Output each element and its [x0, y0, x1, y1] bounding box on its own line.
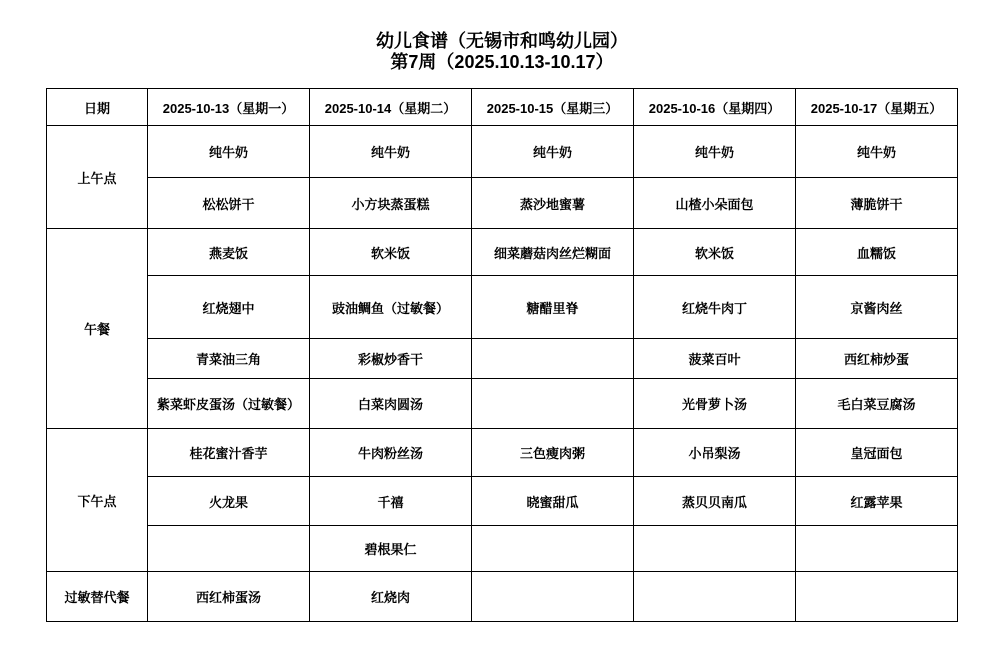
meal-cell: 彩椒炒香干	[310, 339, 472, 379]
section-label-afternoon-snack: 下午点	[47, 429, 148, 572]
meal-cell: 西红柿蛋汤	[148, 572, 310, 622]
meal-cell: 纯牛奶	[310, 126, 472, 178]
page-subtitle: 第7周（2025.10.13-10.17）	[46, 52, 958, 73]
meal-cell: 小方块蒸蛋糕	[310, 178, 472, 229]
meal-cell: 青菜油三角	[148, 339, 310, 379]
meal-cell	[472, 379, 634, 429]
meal-cell: 毛白菜豆腐汤	[796, 379, 958, 429]
section-label-morning-snack: 上午点	[47, 126, 148, 229]
table-row: 红烧翅中豉油鲷鱼（过敏餐）糖醋里脊红烧牛肉丁京酱肉丝	[47, 276, 958, 339]
column-header-day-4: 2025-10-16（星期四）	[634, 89, 796, 126]
table-row: 火龙果千禧晓蜜甜瓜蒸贝贝南瓜红露苹果	[47, 477, 958, 526]
table-row: 午餐燕麦饭软米饭细菜蘑菇肉丝烂糊面软米饭血糯饭	[47, 229, 958, 276]
meal-cell: 蒸沙地蜜薯	[472, 178, 634, 229]
meal-cell: 京酱肉丝	[796, 276, 958, 339]
column-header-day-5: 2025-10-17（星期五）	[796, 89, 958, 126]
table-row: 下午点桂花蜜汁香芋牛肉粉丝汤三色瘦肉粥小吊梨汤皇冠面包	[47, 429, 958, 477]
meal-cell: 碧根果仁	[310, 526, 472, 572]
meal-cell: 糖醋里脊	[472, 276, 634, 339]
table-row: 碧根果仁	[47, 526, 958, 572]
column-header-day-2: 2025-10-14（星期二）	[310, 89, 472, 126]
table-row: 紫菜虾皮蛋汤（过敏餐）白菜肉圆汤光骨萝卜汤毛白菜豆腐汤	[47, 379, 958, 429]
column-header-day-3: 2025-10-15（星期三）	[472, 89, 634, 126]
meal-cell: 红烧肉	[310, 572, 472, 622]
meal-cell: 纯牛奶	[148, 126, 310, 178]
meal-cell: 纯牛奶	[472, 126, 634, 178]
page: 幼儿食谱（无锡市和鸣幼儿园） 第7周（2025.10.13-10.17） 日期2…	[0, 0, 1000, 654]
meal-cell: 火龙果	[148, 477, 310, 526]
meal-cell: 红露苹果	[796, 477, 958, 526]
table-row: 上午点纯牛奶纯牛奶纯牛奶纯牛奶纯牛奶	[47, 126, 958, 178]
meal-cell	[634, 572, 796, 622]
meal-cell: 晓蜜甜瓜	[472, 477, 634, 526]
table-row: 松松饼干小方块蒸蛋糕蒸沙地蜜薯山楂小朵面包薄脆饼干	[47, 178, 958, 229]
meal-cell	[472, 526, 634, 572]
meal-cell: 山楂小朵面包	[634, 178, 796, 229]
meal-cell	[634, 526, 796, 572]
meal-cell: 蒸贝贝南瓜	[634, 477, 796, 526]
meal-cell: 豉油鲷鱼（过敏餐）	[310, 276, 472, 339]
meal-cell: 三色瘦肉粥	[472, 429, 634, 477]
column-header-day-1: 2025-10-13（星期一）	[148, 89, 310, 126]
column-header-date: 日期	[47, 89, 148, 126]
meal-cell: 西红柿炒蛋	[796, 339, 958, 379]
table-row: 过敏替代餐西红柿蛋汤红烧肉	[47, 572, 958, 622]
section-label-lunch: 午餐	[47, 229, 148, 429]
meal-cell: 红烧翅中	[148, 276, 310, 339]
meal-cell: 红烧牛肉丁	[634, 276, 796, 339]
meal-cell: 细菜蘑菇肉丝烂糊面	[472, 229, 634, 276]
meal-cell	[796, 526, 958, 572]
meal-cell: 紫菜虾皮蛋汤（过敏餐）	[148, 379, 310, 429]
meal-cell: 薄脆饼干	[796, 178, 958, 229]
meal-cell	[472, 572, 634, 622]
meal-cell: 软米饭	[634, 229, 796, 276]
meal-cell: 菠菜百叶	[634, 339, 796, 379]
meal-cell: 燕麦饭	[148, 229, 310, 276]
meal-schedule-table: 日期2025-10-13（星期一）2025-10-14（星期二）2025-10-…	[46, 88, 958, 622]
title-block: 幼儿食谱（无锡市和鸣幼儿园） 第7周（2025.10.13-10.17）	[46, 31, 958, 73]
meal-cell: 千禧	[310, 477, 472, 526]
meal-cell: 松松饼干	[148, 178, 310, 229]
meal-cell: 牛肉粉丝汤	[310, 429, 472, 477]
meal-cell: 光骨萝卜汤	[634, 379, 796, 429]
meal-cell: 小吊梨汤	[634, 429, 796, 477]
meal-cell: 纯牛奶	[634, 126, 796, 178]
meal-cell: 血糯饭	[796, 229, 958, 276]
meal-cell: 软米饭	[310, 229, 472, 276]
meal-cell: 纯牛奶	[796, 126, 958, 178]
header-row: 日期2025-10-13（星期一）2025-10-14（星期二）2025-10-…	[47, 89, 958, 126]
table-row: 青菜油三角彩椒炒香干菠菜百叶西红柿炒蛋	[47, 339, 958, 379]
meal-cell: 皇冠面包	[796, 429, 958, 477]
meal-cell: 桂花蜜汁香芋	[148, 429, 310, 477]
section-label-allergy-substitute: 过敏替代餐	[47, 572, 148, 622]
meal-cell	[796, 572, 958, 622]
page-title: 幼儿食谱（无锡市和鸣幼儿园）	[46, 31, 958, 52]
meal-cell	[472, 339, 634, 379]
meal-cell	[148, 526, 310, 572]
meal-cell: 白菜肉圆汤	[310, 379, 472, 429]
